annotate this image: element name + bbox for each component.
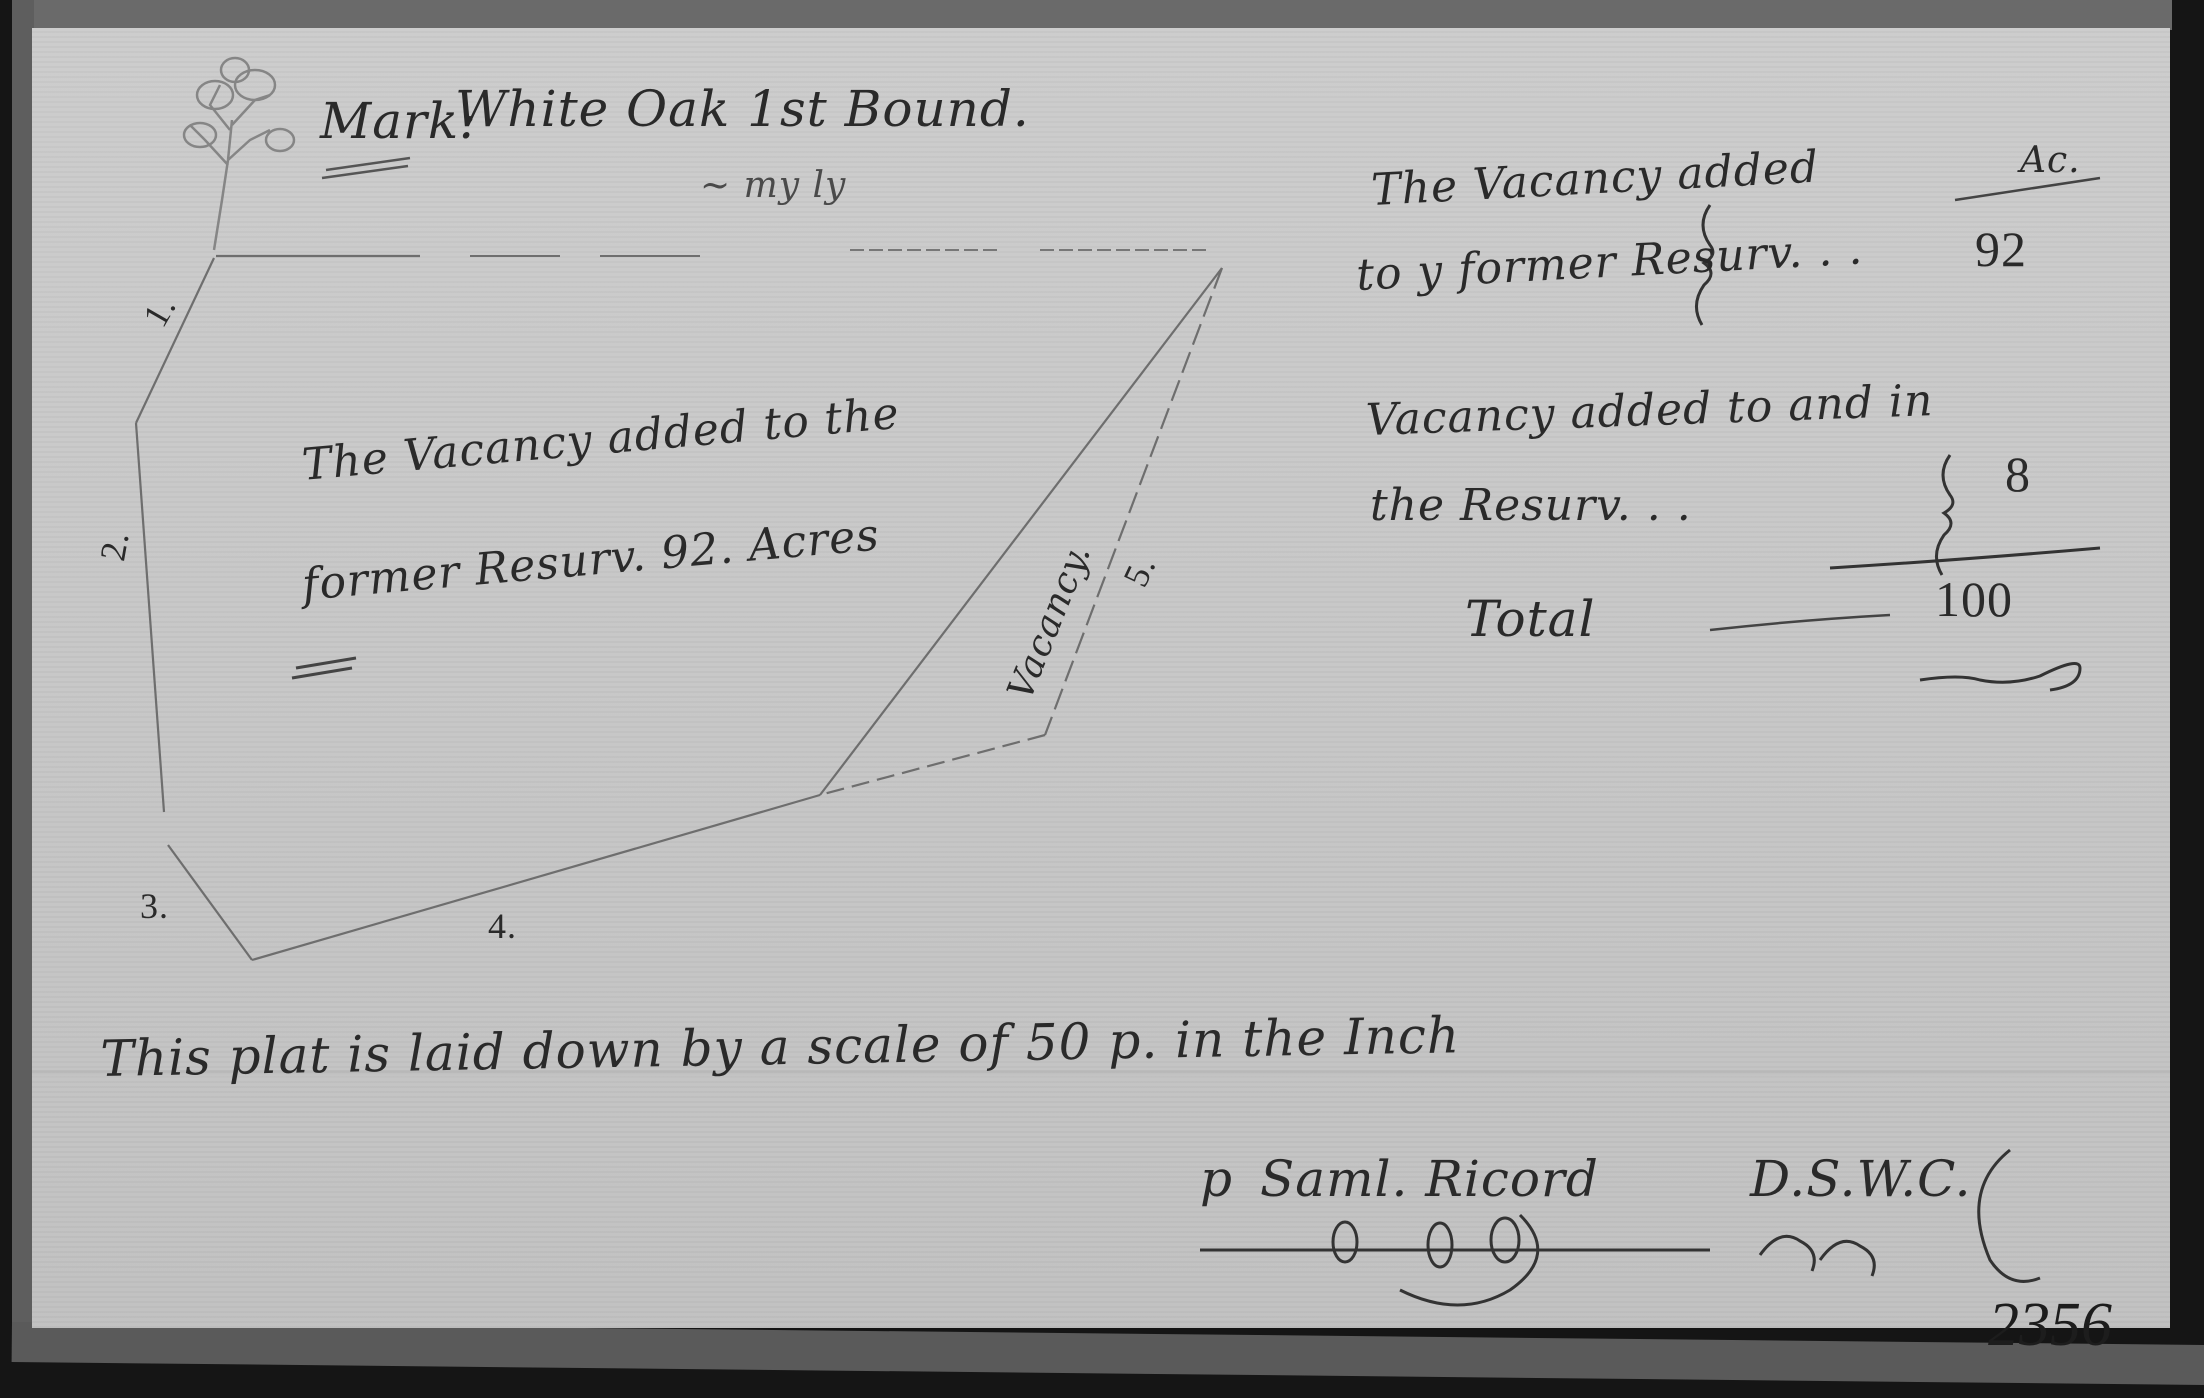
mark-label: Mark: [320,92,477,150]
tally-unit-header: Ac. [2020,140,2081,181]
corner-label-3: 3. [140,885,169,927]
tally-row2-line2: the Resurv. . . [1370,480,1692,531]
tally-total-value: 100 [1935,570,2013,628]
corner-label-4: 4. [488,905,517,947]
signature-name: Saml. Ricord [1260,1150,1599,1208]
mark-description: White Oak 1st Bound. [455,80,1030,138]
signature-title: D.S.W.C. [1750,1150,1971,1208]
brace-icon [1936,455,1952,575]
signature-prefix: p [1200,1150,1233,1208]
tally-row1-value: 92 [1975,220,2027,278]
mark-flourish: ~ my ly [700,165,846,206]
tree-icon [184,58,294,250]
tally-total-label: Total [1465,590,1595,648]
document-number: 2356 [1988,1290,2112,1361]
tally-row2-value: 8 [2005,445,2031,503]
